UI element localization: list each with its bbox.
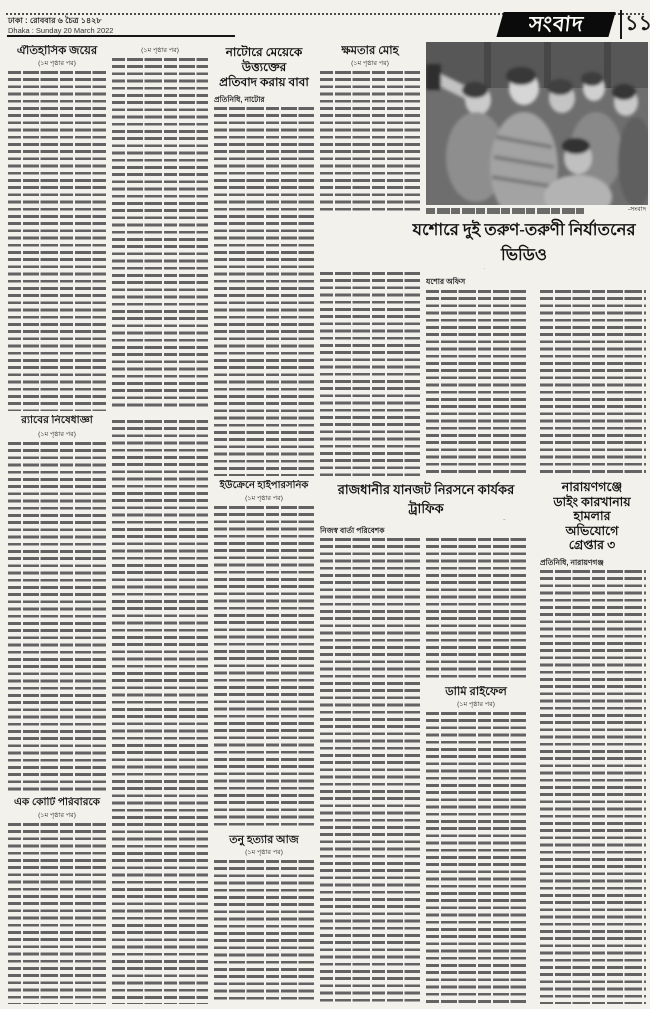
byline-mayor-atiq: নিজস্ব বার্তা পরিবেশক	[320, 526, 420, 535]
body-text-greeked	[320, 71, 420, 212]
continued-marker: (১ম পৃষ্ঠার পর)	[8, 431, 106, 439]
continued-marker: (১ম পৃষ্ঠার পর)	[214, 849, 314, 857]
photo-caption-greeked	[426, 208, 584, 214]
body-text-greeked	[214, 860, 314, 1004]
continued-marker: (১ম পৃষ্ঠার পর)	[8, 812, 106, 820]
continued-marker: (১ম পৃষ্ঠার পর)	[112, 47, 208, 55]
body-text-greeked	[214, 107, 314, 476]
body-text-greeked	[540, 290, 646, 476]
body-text-greeked	[426, 290, 526, 476]
headline-line: ডাইং কারখানায়	[538, 495, 646, 510]
body-text-greeked	[320, 538, 420, 1004]
headline-power-lure: ক্ষমতার মোহ	[320, 45, 420, 59]
headline-line: নাটোরে মেয়েকে উত্ত্যক্তের	[214, 45, 314, 75]
body-text-greeked	[112, 58, 208, 411]
continued-marker: (১ম পৃষ্ঠার পর)	[320, 60, 420, 68]
headline-mayor-atiq: রাজধানীর যানজট নিরসনে কার্যকর ট্রাফিক ব্…	[322, 480, 530, 520]
body-text-greeked	[426, 538, 526, 682]
page-number: ১১	[625, 9, 649, 37]
continued-marker: (১ম পৃষ্ঠার পর)	[426, 701, 526, 709]
news-photo	[426, 42, 648, 205]
body-text-greeked	[8, 823, 106, 1004]
header-date-english: Dhaka : Sunday 20 March 2022	[8, 26, 238, 35]
headline-one-crore-families: এক কোটি পরিবারকে	[8, 797, 106, 811]
body-text-greeked	[320, 272, 420, 476]
byline-natore: প্রতিনিধি, নাটোর	[214, 95, 314, 104]
headline-line: গ্রেপ্তার ৩	[538, 538, 646, 553]
headline-natore: নাটোরে মেয়েকে উত্ত্যক্তের প্রতিবাদ করায…	[214, 45, 314, 91]
photo-credit: -সংবাদ	[594, 206, 646, 214]
body-text-greeked	[426, 712, 526, 1004]
byline-jashore: যশোর অফিস	[426, 277, 526, 286]
body-text-greeked	[540, 570, 646, 1004]
news-photo-graphic	[426, 42, 648, 205]
headline-narayanganj: নারায়ণগঞ্জে ডাইং কারখানায় হামলার অভিযো…	[538, 480, 646, 554]
masthead: সংবাদ	[496, 12, 615, 37]
headline-line: যশোরে দুই তরুণ-তরুণী নির্যাতনের ভিডিও	[400, 217, 648, 267]
header-vertical-rule	[620, 10, 622, 39]
headline-line: প্রতিবাদ করায় বাবা ও	[214, 75, 314, 91]
headline-line: ভাইরাল, ইউপি সদস্যসহ গ্রেপ্তার ৪	[400, 267, 648, 269]
headline-ukraine-hypersonic: ইউক্রেনে হাইপারসনিক	[210, 480, 318, 494]
body-text-greeked	[214, 506, 314, 830]
header-date-bengali: ঢাকা : রোববার ৬ চৈত্র ১৪২৮	[8, 16, 238, 25]
continued-marker: (১ম পৃষ্ঠার পর)	[214, 495, 314, 503]
body-text-greeked	[8, 442, 106, 794]
headline-rab-sanctions: র‍্যাবের নিষেধাজ্ঞা	[8, 415, 106, 429]
headline-jashore: যশোরে দুই তরুণ-তরুণী নির্যাতনের ভিডিও ভা…	[400, 217, 648, 269]
headline-line: ব্যবস্থা গ্রহণ করতে হবে : মেয়র আতিক	[322, 518, 530, 520]
body-text-greeked	[8, 71, 106, 411]
headline-line: রাজধানীর যানজট নিরসনে কার্যকর ট্রাফিক	[322, 480, 530, 518]
byline-narayanganj: প্রতিনিধি, নারায়ণগঞ্জ	[540, 558, 646, 567]
masthead-title: সংবাদ	[527, 14, 584, 35]
newspaper-page: ঢাকা : রোববার ৬ চৈত্র ১৪২৮ Dhaka : Sunda…	[0, 0, 650, 1009]
header-rule	[7, 35, 235, 37]
headline-tonu-murder: তনু হত্যার আজ	[214, 834, 314, 848]
headline-line: হামলার	[538, 509, 646, 524]
headline-historic-win: ঐতিহাসিক জয়ের	[8, 45, 106, 59]
headline-dummy-rifle: ডামি রাইফেল	[426, 686, 526, 700]
headline-line: অভিযোগে	[538, 524, 646, 539]
headline-line: নারায়ণগঞ্জে	[538, 480, 646, 495]
continued-marker: (১ম পৃষ্ঠার পর)	[8, 60, 106, 68]
body-text-greeked	[112, 420, 208, 1004]
